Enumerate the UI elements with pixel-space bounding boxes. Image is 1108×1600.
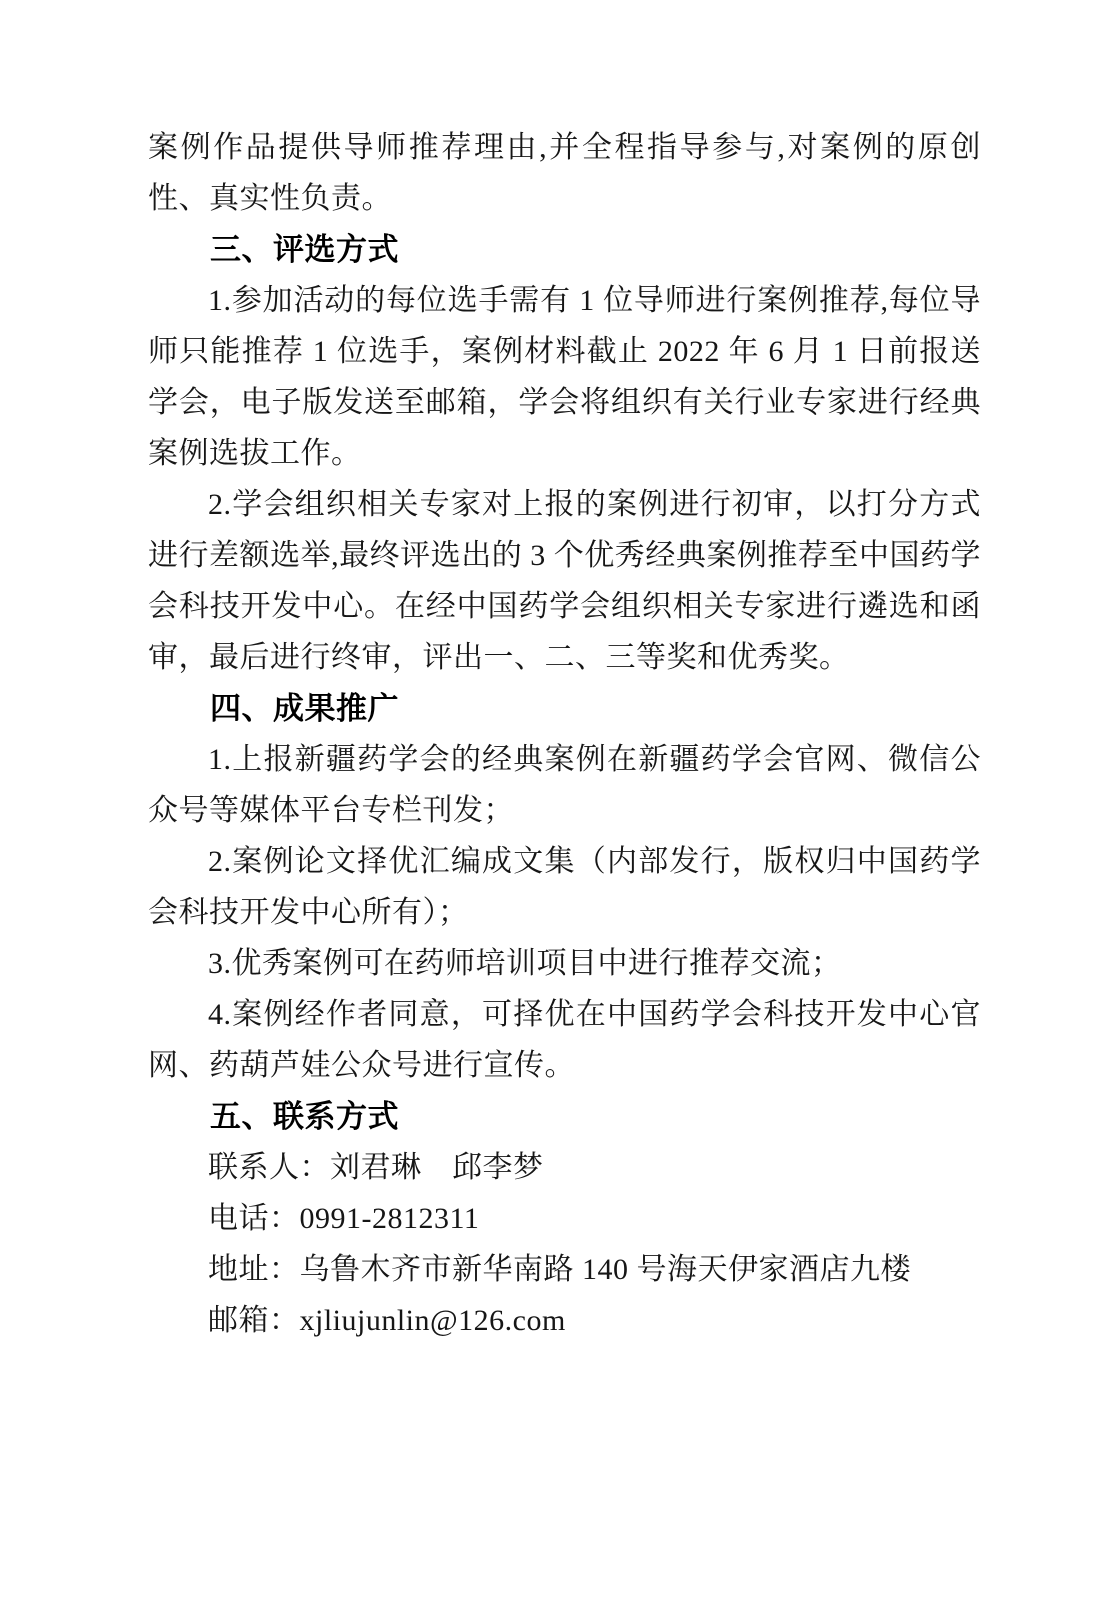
paragraph: 地址：乌鲁木齐市新华南路 140 号海天伊家酒店九楼: [148, 1244, 981, 1295]
paragraph: 2.案例论文择优汇编成文集（内部发行，版权归中国药学会科技开发中心所有）；: [148, 836, 981, 938]
paragraph: 4.案例经作者同意，可择优在中国药学会科技开发中心官网、药葫芦娃公众号进行宣传。: [148, 989, 981, 1091]
paragraph: 电话：0991-2812311: [148, 1193, 981, 1244]
paragraph: 1.参加活动的每位选手需有 1 位导师进行案例推荐,每位导师只能推荐 1 位选手…: [148, 275, 981, 479]
paragraph: 3.优秀案例可在药师培训项目中进行推荐交流；: [148, 938, 981, 989]
paragraph: 案例作品提供导师推荐理由,并全程指导参与,对案例的原创性、真实性负责。: [148, 122, 981, 224]
paragraph: 邮箱：xjliujunlin@126.com: [148, 1295, 981, 1346]
paragraph: 联系人：刘君琳 邱李梦: [148, 1142, 981, 1193]
paragraph: 2.学会组织相关专家对上报的案例进行初审，以打分方式进行差额选举,最终评选出的 …: [148, 479, 981, 683]
paragraph: 1.上报新疆药学会的经典案例在新疆药学会官网、微信公众号等媒体平台专栏刊发；: [148, 734, 981, 836]
section-heading: 五、联系方式: [148, 1091, 981, 1142]
section-heading: 三、评选方式: [148, 224, 981, 275]
section-heading: 四、成果推广: [148, 683, 981, 734]
scanned-document-page: 案例作品提供导师推荐理由,并全程指导参与,对案例的原创性、真实性负责。三、评选方…: [0, 0, 1108, 1600]
document-body: 案例作品提供导师推荐理由,并全程指导参与,对案例的原创性、真实性负责。三、评选方…: [148, 122, 981, 1346]
